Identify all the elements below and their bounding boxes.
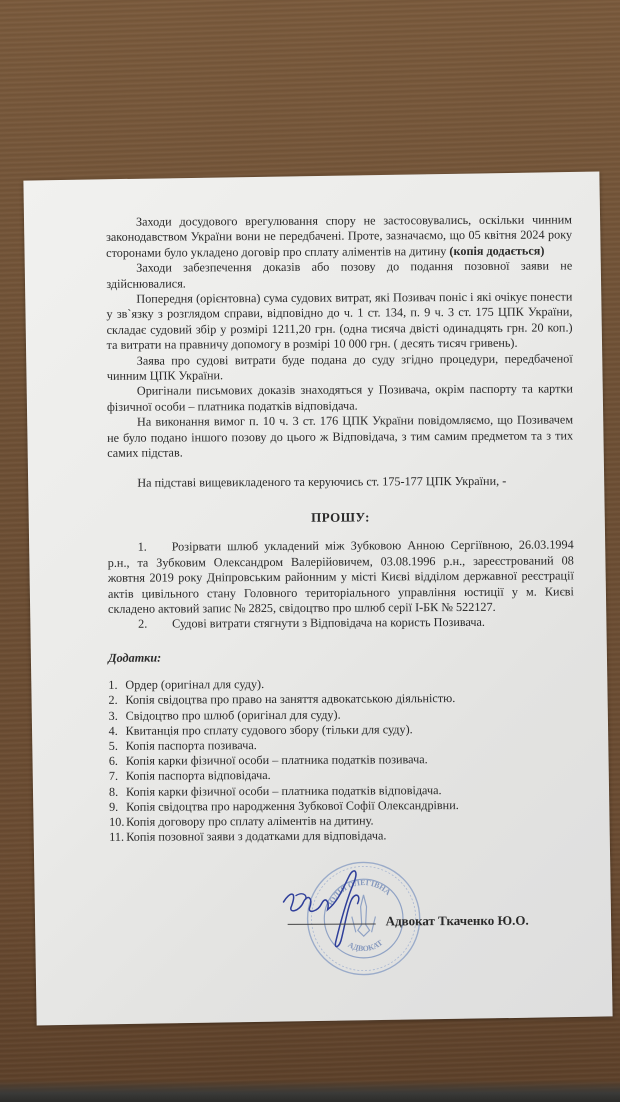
- attachment-number: 1.: [108, 678, 125, 693]
- document-page: Заходи досудового врегулювання спору не …: [23, 172, 612, 1026]
- attachments-title: Додатки:: [108, 648, 574, 666]
- request-item: 1.Розірвати шлюб укладений між Зубковою …: [108, 538, 574, 617]
- request-number: 2.: [138, 617, 172, 633]
- paragraph-pre-trial: Заходи досудового врегулювання спору не …: [106, 212, 572, 261]
- attachment-text: Копія карки фізичної особи – платника по…: [126, 752, 428, 769]
- paragraph-originals: Оригінали письмових доказів знаходяться …: [107, 382, 573, 415]
- attachment-number: 3.: [109, 708, 126, 723]
- handwritten-signature-icon: [277, 862, 387, 953]
- attachment-number: 4.: [109, 724, 126, 739]
- attachment-text: Копія паспорта відповідача.: [126, 768, 271, 784]
- attachment-number: 5.: [109, 739, 126, 754]
- signature-block: ЮЛІЯ ОЛЕГІВНА АДВОКАТ Адвокат Ткаченко Ю…: [109, 865, 576, 977]
- attachment-number: 2.: [108, 693, 125, 708]
- attachment-item: 11.Копія позовної заяви з додатками для …: [109, 828, 575, 846]
- document-content: Заходи досудового врегулювання спору не …: [106, 212, 576, 977]
- request-title: ПРОШУ:: [108, 508, 574, 526]
- pre-trial-bold-note: (копія додається): [449, 243, 544, 257]
- attachment-text: Копія свідоцтва про народження Зубкової …: [126, 798, 459, 815]
- paragraph-evidence: Заходи забезпечення доказів або позову д…: [106, 259, 572, 292]
- attachment-number: 8.: [109, 784, 126, 799]
- request-text: Судові витрати стягнути з Відповідача на…: [172, 615, 485, 631]
- attachment-text: Свідоцтво про шлюб (оригінал для суду).: [126, 707, 341, 723]
- attachment-text: Копія паспорта позивача.: [126, 738, 257, 754]
- attachment-number: 11.: [109, 830, 126, 845]
- request-number: 1.: [138, 540, 172, 556]
- attachment-number: 10.: [109, 815, 126, 830]
- paragraph-costs-statement: Заява про судові витрати буде подана до …: [107, 351, 573, 384]
- attachment-text: Ордер (оригінал для суду).: [125, 677, 264, 693]
- request-item: 2.Судові витрати стягнути з Відповідача …: [108, 615, 574, 633]
- paragraph-basis: На підставі вищевикладеного та керуючись…: [107, 473, 573, 491]
- attachment-text: Копія карки фізичної особи – платника по…: [126, 783, 442, 800]
- desk-edge-shadow: [0, 1080, 620, 1102]
- request-text: Розірвати шлюб укладений між Зубковою Ан…: [108, 538, 574, 616]
- attachment-text: Квитанція про сплату судового збору (тіл…: [126, 722, 413, 739]
- attachment-text: Копія свідоцтва про право на заняття адв…: [125, 691, 455, 708]
- attachment-text: Копія позовної заяви з додатками для від…: [126, 829, 386, 846]
- signer-name: Адвокат Ткаченко Ю.О.: [386, 913, 529, 929]
- attachment-number: 7.: [109, 769, 126, 784]
- attachment-text: Копія договору про сплату аліментів на д…: [126, 813, 373, 829]
- paragraph-costs: Попередня (орієнтовна) сума судових витр…: [106, 289, 572, 353]
- attachments-list: 1.Ордер (оригінал для суду). 2.Копія сві…: [108, 676, 575, 846]
- attachment-number: 9.: [109, 800, 126, 815]
- attachment-number: 6.: [109, 754, 126, 769]
- paragraph-no-other-claim: На виконання вимог п. 10 ч. 3 ст. 176 ЦП…: [107, 413, 573, 462]
